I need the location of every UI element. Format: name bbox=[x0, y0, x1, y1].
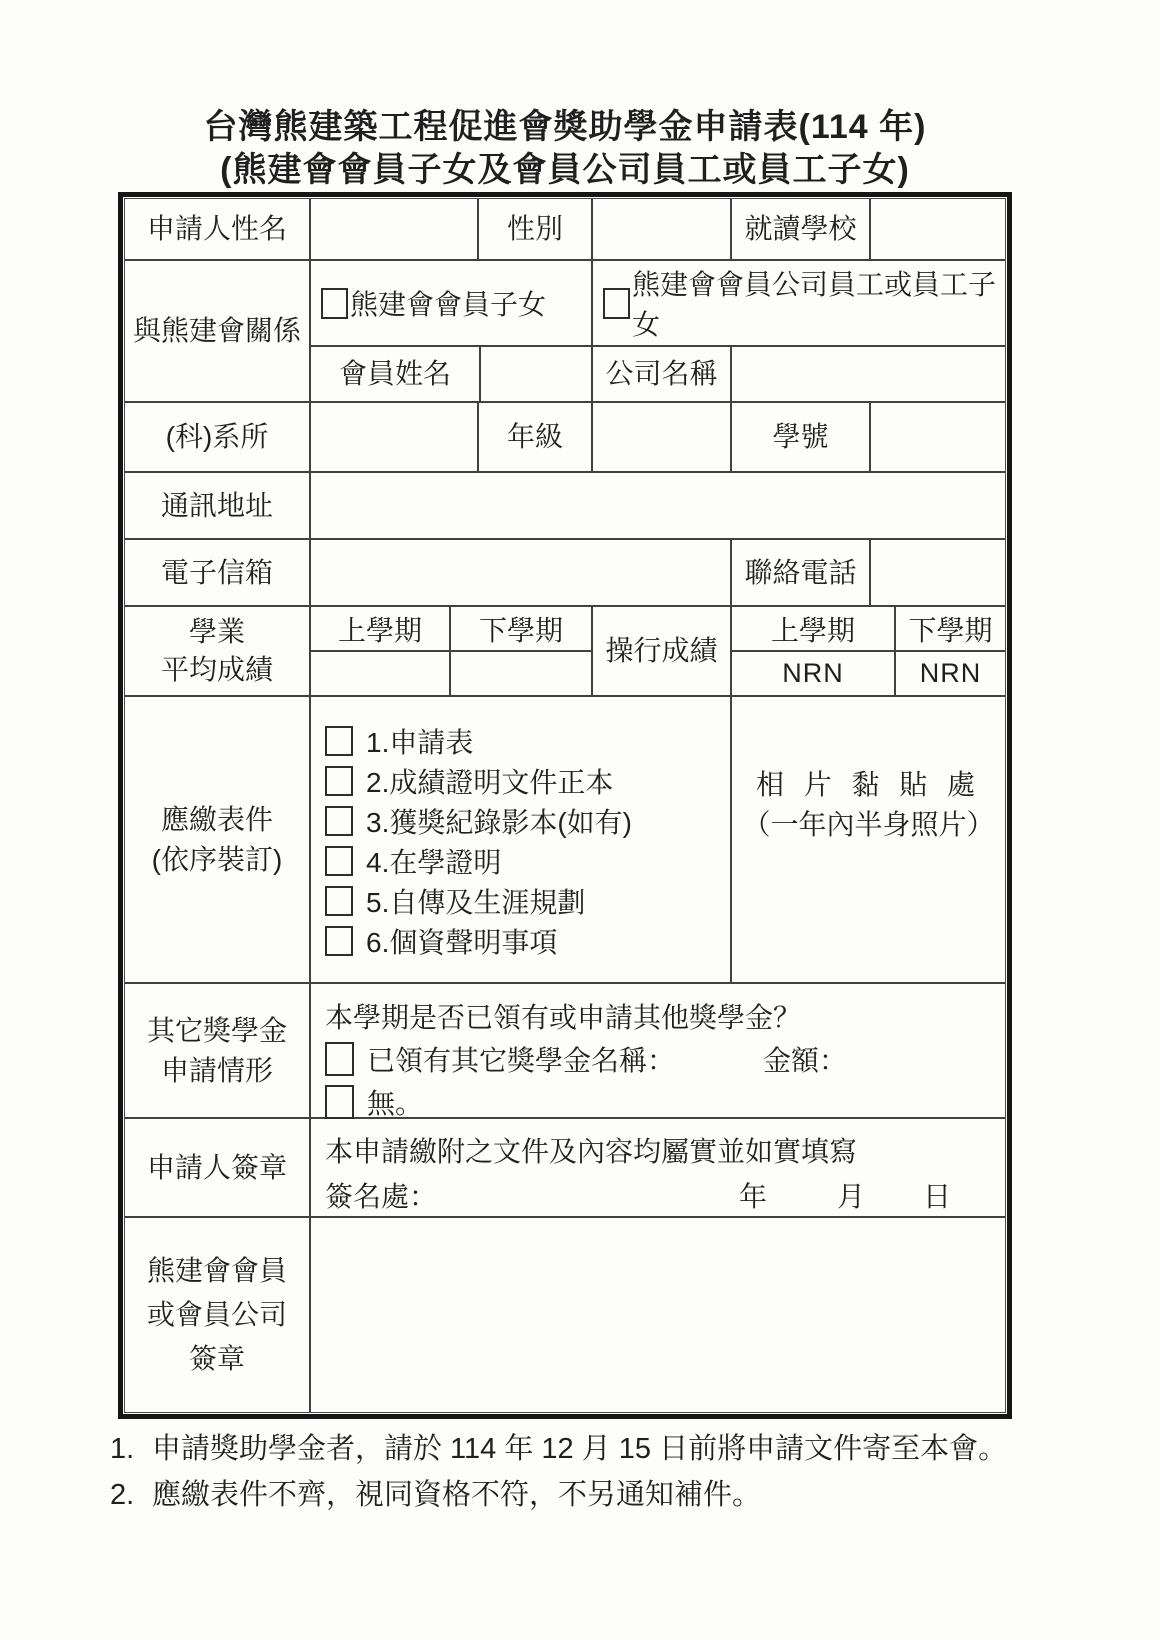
relationship-label: 與熊建會關係 bbox=[125, 261, 311, 403]
company-name-label: 公司名稱 bbox=[593, 347, 732, 403]
note-2: 2. 應繳表件不齊，視同資格不符，不另通知補件。 bbox=[110, 1472, 1070, 1518]
applicant-signature-content: 本申請繳附之文件及內容均屬實並如實填寫 簽名處： 年 月 日 bbox=[311, 1119, 1005, 1218]
member-child-option: 熊建會會員子女 bbox=[311, 261, 593, 347]
company-employee-option-label: 熊建會會員公司員工或員工子女 bbox=[632, 263, 1005, 343]
row-grades: 學業 平均成績 上學期 下學期 操行成績 上學期 NRN 下學期 bbox=[125, 607, 1005, 697]
item5-checkbox[interactable] bbox=[325, 886, 353, 916]
conduct-sem2-value: NRN bbox=[896, 652, 1005, 695]
item2-checkbox[interactable] bbox=[325, 766, 353, 796]
grade-label: 年級 bbox=[479, 403, 593, 473]
gender-label: 性別 bbox=[479, 199, 593, 261]
other-scholarship-question: 本學期是否已領有或申請其他獎學金？ bbox=[325, 994, 1005, 1037]
row-contact: 電子信箱 聯絡電話 bbox=[125, 540, 1005, 607]
row-department: (科)系所 年級 學號 bbox=[125, 403, 1005, 473]
conduct-sem2-header: 下學期 bbox=[896, 607, 1005, 652]
email-field[interactable] bbox=[311, 540, 732, 607]
row-applicant: 申請人性名 性別 就讀學校 bbox=[125, 199, 1005, 261]
item3-checkbox[interactable] bbox=[325, 806, 353, 836]
conduct-sem1-value: NRN bbox=[732, 652, 894, 695]
member-seal-label-line3: 簽章 bbox=[189, 1337, 245, 1381]
sem1-average-column: 上學期 bbox=[311, 607, 451, 697]
item2-label: 2.成績證明文件正本 bbox=[366, 761, 613, 801]
none-checkbox[interactable] bbox=[325, 1085, 354, 1119]
note-1-text: 申請獎助學金者，請於 114 年 12 月 15 日前將申請文件寄至本會。 bbox=[152, 1426, 1007, 1472]
application-form-table: 申請人性名 性別 就讀學校 與熊建會關係 熊建會會員子女 bbox=[118, 192, 1012, 1419]
checklist-item: 3.獲獎紀錄影本(如有) bbox=[311, 801, 730, 841]
photo-area-title: 相 片 黏 貼 處 bbox=[732, 765, 1005, 805]
company-employee-option: 熊建會會員公司員工或員工子女 bbox=[593, 261, 1005, 347]
scanned-application-form: 台灣熊建築工程促進會獎助學金申請表(114 年) (熊建會會員子女及會員公司員工… bbox=[0, 0, 1160, 1640]
academic-average-label-line2: 平均成績 bbox=[161, 651, 273, 689]
row-documents: 應繳表件 (依序裝訂) 1.申請表 2.成績證明文件正本 3.獲獎紀錄影本(如有… bbox=[125, 697, 1005, 984]
item4-label: 4.在學證明 bbox=[366, 841, 501, 881]
note-2-number: 2. bbox=[110, 1472, 152, 1518]
item6-label: 6.個資聲明事項 bbox=[366, 921, 557, 961]
conduct-sem1-column: 上學期 NRN bbox=[732, 607, 896, 697]
conduct-sem2-column: 下學期 NRN bbox=[896, 607, 1005, 697]
sem2-average-header: 下學期 bbox=[451, 607, 591, 652]
member-child-option-label: 熊建會會員子女 bbox=[350, 283, 546, 323]
note-1: 1. 申請獎助學金者，請於 114 年 12 月 15 日前將申請文件寄至本會。 bbox=[110, 1426, 1070, 1472]
conduct-grade-label: 操行成績 bbox=[593, 607, 732, 697]
documents-label: 應繳表件 (依序裝訂) bbox=[125, 697, 311, 984]
applicant-name-label: 申請人性名 bbox=[125, 199, 311, 261]
note-2-text: 應繳表件不齊，視同資格不符，不另通知補件。 bbox=[152, 1472, 761, 1518]
member-seal-label-line1: 熊建會會員 bbox=[147, 1249, 287, 1293]
photo-area-note: （一年內半身照片） bbox=[732, 805, 1005, 845]
row-address: 通訊地址 bbox=[125, 473, 1005, 540]
photo-paste-area: 相 片 黏 貼 處 （一年內半身照片） bbox=[732, 697, 1005, 984]
note-1-number: 1. bbox=[110, 1426, 152, 1472]
sem1-average-header: 上學期 bbox=[311, 607, 449, 652]
signature-line: 簽名處： 年 月 日 bbox=[325, 1172, 1005, 1217]
year-label: 年 bbox=[739, 1172, 767, 1217]
checklist-item: 2.成績證明文件正本 bbox=[311, 761, 730, 801]
sem2-average-column: 下學期 bbox=[451, 607, 593, 697]
checklist-item: 5.自傳及生涯規劃 bbox=[311, 881, 730, 921]
sem2-average-field[interactable] bbox=[451, 652, 591, 695]
applicant-name-field[interactable] bbox=[311, 199, 479, 261]
row-relationship: 與熊建會關係 熊建會會員子女 熊建會會員公司員工或員工子女 會員姓名 bbox=[125, 261, 1005, 403]
student-id-label: 學號 bbox=[732, 403, 871, 473]
item1-label: 1.申請表 bbox=[366, 721, 473, 761]
amount-label: 金額： bbox=[763, 1037, 847, 1080]
row-applicant-signature: 申請人簽章 本申請繳附之文件及內容均屬實並如實填寫 簽名處： 年 月 日 bbox=[125, 1119, 1005, 1218]
month-label: 月 bbox=[837, 1172, 865, 1217]
item3-label: 3.獲獎紀錄影本(如有) bbox=[366, 801, 632, 841]
truth-statement: 本申請繳附之文件及內容均屬實並如實填寫 bbox=[325, 1127, 1005, 1172]
signature-place-label: 簽名處： bbox=[325, 1175, 437, 1215]
academic-average-label: 學業 平均成績 bbox=[125, 607, 311, 697]
form-subtitle: (熊建會會員子女及會員公司員工或員工子女) bbox=[118, 149, 1012, 192]
member-child-checkbox[interactable] bbox=[321, 288, 348, 319]
email-label: 電子信箱 bbox=[125, 540, 311, 607]
row-other-scholarships: 其它獎學金 申請情形 本學期是否已領有或申請其他獎學金？ 已領有其它獎學金名稱：… bbox=[125, 984, 1005, 1119]
address-label: 通訊地址 bbox=[125, 473, 311, 540]
documents-label-line1: 應繳表件 bbox=[161, 800, 273, 840]
school-field[interactable] bbox=[871, 199, 1005, 261]
received-option-label: 已領有其它獎學金名稱： bbox=[367, 1039, 675, 1079]
phone-label: 聯絡電話 bbox=[732, 540, 871, 607]
footer-notes: 1. 申請獎助學金者，請於 114 年 12 月 15 日前將申請文件寄至本會。… bbox=[110, 1426, 1070, 1518]
grade-field[interactable] bbox=[593, 403, 732, 473]
conduct-sem1-header: 上學期 bbox=[732, 607, 894, 652]
company-name-field[interactable] bbox=[732, 347, 1005, 403]
checklist-item: 1.申請表 bbox=[311, 721, 730, 761]
gender-field[interactable] bbox=[593, 199, 732, 261]
item5-label: 5.自傳及生涯規劃 bbox=[366, 881, 585, 921]
company-employee-checkbox[interactable] bbox=[603, 288, 630, 319]
form-header: 台灣熊建築工程促進會獎助學金申請表(114 年) (熊建會會員子女及會員公司員工… bbox=[118, 106, 1012, 192]
phone-field[interactable] bbox=[871, 540, 1005, 607]
other-scholarship-label-line2: 申請情形 bbox=[161, 1051, 273, 1091]
other-scholarship-label-line1: 其它獎學金 bbox=[147, 1011, 287, 1051]
member-seal-label-line2: 或會員公司 bbox=[147, 1293, 287, 1337]
student-id-field[interactable] bbox=[871, 403, 1005, 473]
academic-average-label-line1: 學業 bbox=[189, 613, 245, 651]
item4-checkbox[interactable] bbox=[325, 846, 353, 876]
other-scholarship-label: 其它獎學金 申請情形 bbox=[125, 984, 311, 1119]
department-label: (科)系所 bbox=[125, 403, 311, 473]
checklist-item: 6.個資聲明事項 bbox=[311, 921, 730, 961]
member-name-label: 會員姓名 bbox=[311, 347, 481, 403]
checklist-item: 4.在學證明 bbox=[311, 841, 730, 881]
item1-checkbox[interactable] bbox=[325, 726, 353, 756]
applicant-signature-label: 申請人簽章 bbox=[125, 1119, 311, 1218]
address-field[interactable] bbox=[311, 473, 1005, 540]
received-checkbox[interactable] bbox=[325, 1042, 354, 1076]
member-name-field[interactable] bbox=[481, 347, 593, 403]
none-option-label: 無。 bbox=[367, 1082, 423, 1122]
received-option-line: 已領有其它獎學金名稱： 金額： bbox=[325, 1037, 1005, 1080]
documents-checklist: 1.申請表 2.成績證明文件正本 3.獲獎紀錄影本(如有) 4.在學證明 bbox=[311, 697, 732, 984]
member-seal-label: 熊建會會員 或會員公司 簽章 bbox=[125, 1218, 311, 1412]
form-title: 台灣熊建築工程促進會獎助學金申請表(114 年) bbox=[118, 106, 1012, 149]
documents-label-line2: (依序裝訂) bbox=[152, 840, 283, 880]
department-field[interactable] bbox=[311, 403, 479, 473]
member-seal-field[interactable] bbox=[311, 1218, 1005, 1412]
school-label: 就讀學校 bbox=[732, 199, 871, 261]
sem1-average-field[interactable] bbox=[311, 652, 449, 695]
item6-checkbox[interactable] bbox=[325, 926, 353, 956]
day-label: 日 bbox=[923, 1172, 951, 1217]
row-member-seal: 熊建會會員 或會員公司 簽章 bbox=[125, 1218, 1005, 1412]
none-option-line: 無。 bbox=[325, 1080, 1005, 1123]
other-scholarship-content: 本學期是否已領有或申請其他獎學金？ 已領有其它獎學金名稱： 金額： 無。 bbox=[311, 984, 1005, 1119]
